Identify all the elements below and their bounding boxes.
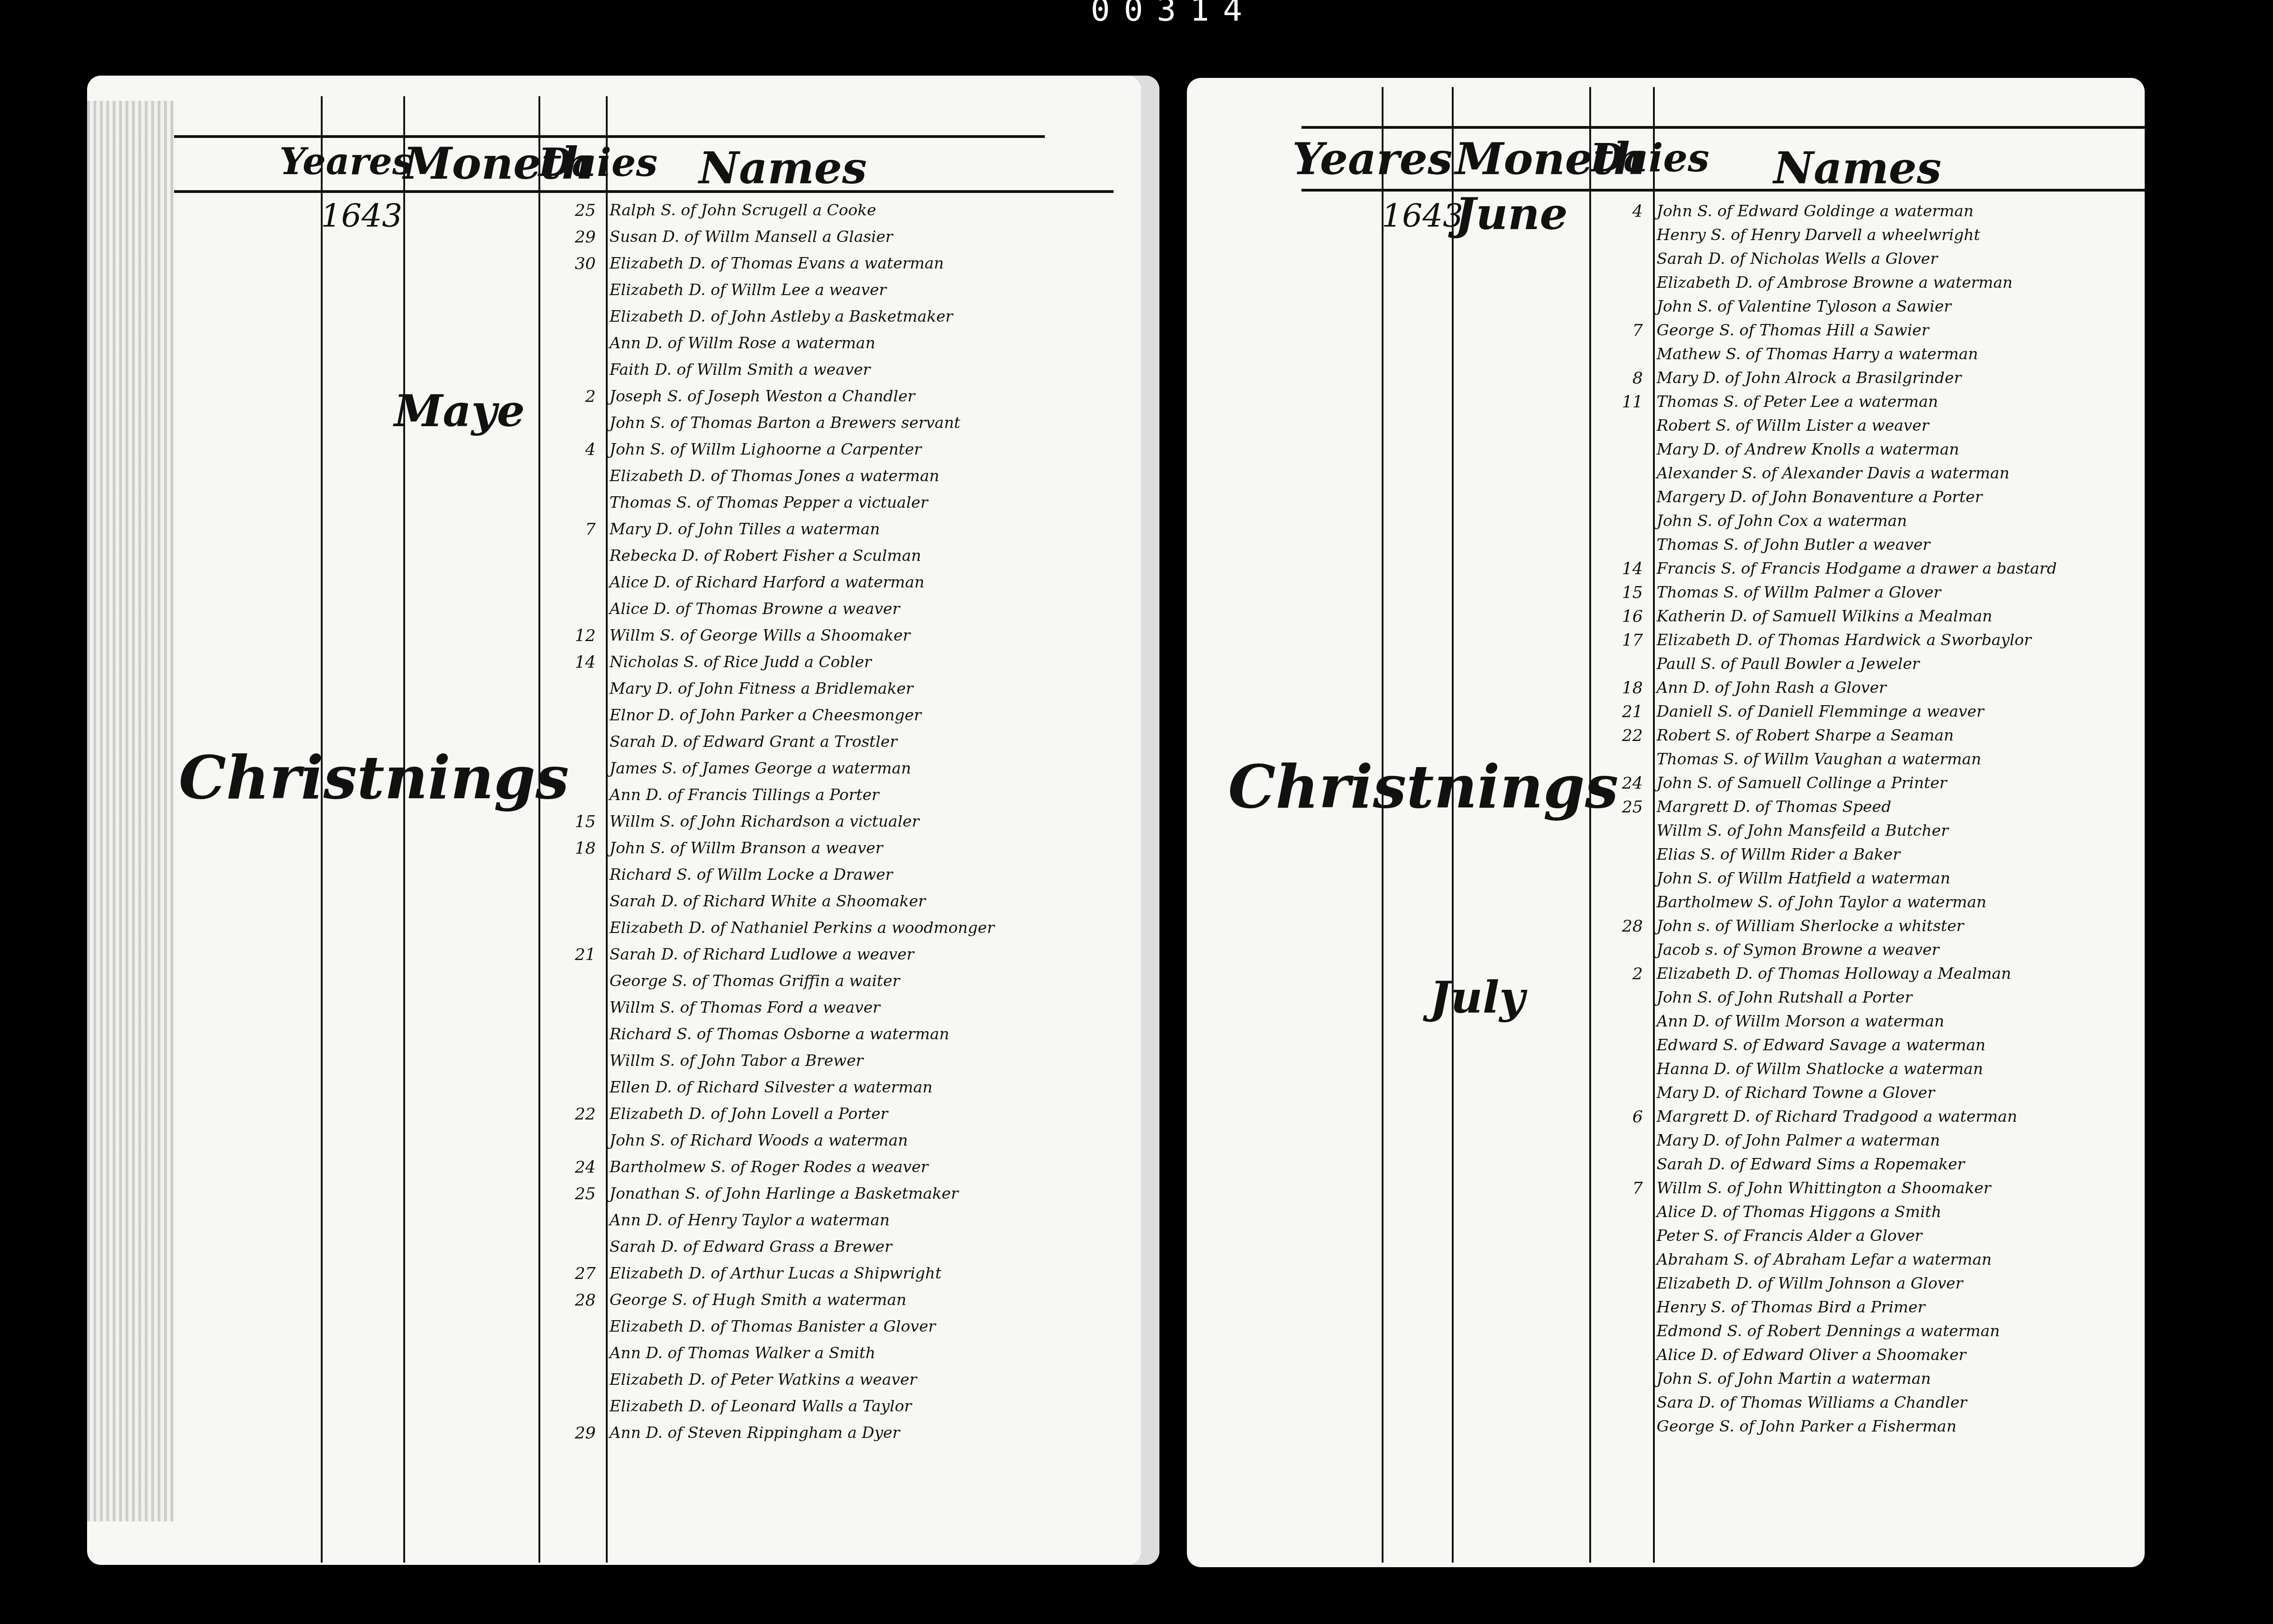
entry-name: Ann D. of Steven Rippingham a Dyer <box>609 1424 900 1442</box>
register-entry: 4John S. of Willm Lighoorne a Carpenter <box>609 436 994 463</box>
entry-day: 28 <box>555 1291 596 1310</box>
register-entry: Willm S. of John Tabor a Brewer <box>609 1048 994 1074</box>
column-rule-moneth-right <box>1452 87 1454 1563</box>
entry-name: Margery D. of John Bonaventure a Porter <box>1657 488 1982 506</box>
register-entry: Elizabeth D. of Thomas Jones a waterman <box>609 463 994 489</box>
entry-name: Elizabeth D. of Thomas Jones a waterman <box>609 467 939 485</box>
entry-name: Robert S. of Robert Sharpe a Seaman <box>1657 726 1954 745</box>
entry-name: Francis S. of Francis Hodgame a drawer a… <box>1657 560 2057 578</box>
entry-name: Mary D. of Andrew Knolls a waterman <box>1657 440 1959 459</box>
entry-name: Elias S. of Willm Rider a Baker <box>1657 845 1900 864</box>
register-entry: 14Nicholas S. of Rice Judd a Cobler <box>609 649 994 675</box>
header-years: Yeares <box>280 140 413 183</box>
entry-day: 14 <box>555 653 596 672</box>
register-entry: 27Elizabeth D. of Arthur Lucas a Shipwri… <box>609 1260 994 1287</box>
entry-name: Sarah D. of Nicholas Wells a Glover <box>1657 250 1938 268</box>
section-label-christnings-right: Christnings <box>1228 752 1619 822</box>
entry-day: 14 <box>1602 560 1643 578</box>
year-label: 1643 <box>321 197 402 235</box>
register-entry: George S. of John Parker a Fisherman <box>1657 1415 2057 1438</box>
register-entry: John S. of John Cox a waterman <box>1657 509 2057 533</box>
register-entry: Sarah D. of Edward Grant a Trostler <box>609 729 994 755</box>
entry-name: George S. of John Parker a Fisherman <box>1657 1417 1956 1436</box>
entry-name: Henry S. of Henry Darvell a wheelwright <box>1657 226 1980 244</box>
register-entry: Ann D. of Francis Tillings a Porter <box>609 782 994 808</box>
entry-name: John S. of John Rutshall a Porter <box>1657 988 1912 1007</box>
month-label-july: July <box>1430 971 1525 1023</box>
register-entry: 29Susan D. of Willm Mansell a Glasier <box>609 224 994 250</box>
entry-name: Margrett D. of Thomas Speed <box>1657 798 1891 816</box>
entry-name: Alice D. of Thomas Higgons a Smith <box>1657 1203 1941 1221</box>
entry-name: George S. of Thomas Hill a Sawier <box>1657 321 1929 340</box>
entry-day: 28 <box>1602 917 1643 936</box>
register-entry: 21Sarah D. of Richard Ludlowe a weaver <box>609 941 994 968</box>
entry-name: Henry S. of Thomas Bird a Primer <box>1657 1298 1925 1317</box>
entry-name: Willm S. of Thomas Ford a weaver <box>609 999 880 1017</box>
register-entry: Robert S. of Willm Lister a weaver <box>1657 414 2057 438</box>
register-entry: Edmond S. of Robert Dennings a waterman <box>1657 1319 2057 1343</box>
register-entry: Paull S. of Paull Bowler a Jeweler <box>1657 652 2057 676</box>
entry-name: Margrett D. of Richard Tradgood a waterm… <box>1657 1108 2017 1126</box>
entry-name: Willm S. of John Whittington a Shoomaker <box>1657 1179 1991 1197</box>
entry-name: Jonathan S. of John Harlinge a Basketmak… <box>609 1185 958 1203</box>
register-entry: John S. of Valentine Tyloson a Sawier <box>1657 295 2057 318</box>
register-entry: Sarah D. of Edward Sims a Ropemaker <box>1657 1152 2057 1176</box>
entry-name: Elizabeth D. of Leonard Walls a Taylor <box>609 1397 911 1416</box>
entry-name: Sarah D. of Edward Sims a Ropemaker <box>1657 1155 1965 1174</box>
register-entry: Thomas S. of Thomas Pepper a victualer <box>609 489 994 516</box>
entry-day: 30 <box>555 254 596 273</box>
entry-name: Mary D. of Richard Towne a Glover <box>1657 1084 1935 1102</box>
entry-day: 17 <box>1602 631 1643 650</box>
register-entry: Alice D. of Thomas Higgons a Smith <box>1657 1200 2057 1224</box>
column-rule-moneth <box>403 96 405 1563</box>
entry-name: Daniell S. of Daniell Flemminge a weaver <box>1657 702 1984 721</box>
entry-day: 21 <box>1602 702 1643 721</box>
entry-name: Elizabeth D. of Nathaniel Perkins a wood… <box>609 919 994 937</box>
entry-day: 8 <box>1602 369 1643 388</box>
register-entry: 15Willm S. of John Richardson a victuale… <box>609 808 994 835</box>
register-entry: Elizabeth D. of Thomas Banister a Glover <box>609 1313 994 1340</box>
entry-day: 6 <box>1602 1108 1643 1126</box>
register-entry: Mary D. of John Palmer a waterman <box>1657 1129 2057 1152</box>
entry-name: Joseph S. of Joseph Weston a Chandler <box>609 387 915 406</box>
entry-name: John s. of William Sherlocke a whitster <box>1657 917 1964 935</box>
register-entry: Elizabeth D. of Willm Lee a weaver <box>609 277 994 303</box>
register-entry: 25Ralph S. of John Scrugell a Cooke <box>609 197 994 224</box>
register-entry: 16Katherin D. of Samuell Wilkins a Mealm… <box>1657 604 2057 628</box>
entry-name: Elizabeth D. of Peter Watkins a weaver <box>609 1371 917 1389</box>
column-rule-daies <box>538 96 540 1563</box>
entry-day: 25 <box>555 1185 596 1203</box>
entry-name: John S. of Willm Branson a weaver <box>609 839 883 857</box>
entry-name: Willm S. of John Richardson a victualer <box>609 812 919 831</box>
entry-name: Jacob s. of Symon Browne a weaver <box>1657 941 1939 959</box>
entry-name: Alexander S. of Alexander Davis a waterm… <box>1657 464 2009 483</box>
register-entry: 28George S. of Hugh Smith a waterman <box>609 1287 994 1313</box>
entry-name: Katherin D. of Samuell Wilkins a Mealman <box>1657 607 1992 625</box>
header-bottom-rule <box>174 190 1114 193</box>
entry-name: Ellen D. of Richard Silvester a waterman <box>609 1078 933 1097</box>
register-entry: 2Elizabeth D. of Thomas Holloway a Mealm… <box>1657 962 2057 986</box>
register-entry: Sarah D. of Nicholas Wells a Glover <box>1657 247 2057 271</box>
entry-name: Paull S. of Paull Bowler a Jeweler <box>1657 655 1920 673</box>
register-entry: Jacob s. of Symon Browne a weaver <box>1657 938 2057 962</box>
register-entry: Willm S. of Thomas Ford a weaver <box>609 994 994 1021</box>
column-rule-years <box>321 96 323 1563</box>
register-entry: Henry S. of Thomas Bird a Primer <box>1657 1295 2057 1319</box>
register-entry: Alexander S. of Alexander Davis a waterm… <box>1657 461 2057 485</box>
entry-name: Sarah D. of Edward Grant a Trostler <box>609 733 897 751</box>
entry-name: Mary D. of John Tilles a waterman <box>609 520 880 538</box>
header-years-right: Yeares <box>1292 133 1452 185</box>
entry-name: Edmond S. of Robert Dennings a waterman <box>1657 1322 2000 1340</box>
entry-name: Sarah D. of Richard White a Shoomaker <box>609 892 926 911</box>
register-entry: John S. of Thomas Barton a Brewers serva… <box>609 410 994 436</box>
entry-name: Mary D. of John Alrock a Brasilgrinder <box>1657 369 1961 387</box>
entry-name: Mathew S. of Thomas Harry a waterman <box>1657 345 1978 363</box>
register-entry: John S. of John Rutshall a Porter <box>1657 986 2057 1010</box>
register-entry: Elnor D. of John Parker a Cheesmonger <box>609 702 994 729</box>
entry-name: Hanna D. of Willm Shatlocke a waterman <box>1657 1060 1983 1078</box>
entry-name: Elizabeth D. of Willm Lee a weaver <box>609 281 886 299</box>
entry-name: Edward S. of Edward Savage a waterman <box>1657 1036 1986 1054</box>
page-edge <box>87 101 174 1521</box>
entry-name: Elizabeth D. of Ambrose Browne a waterma… <box>1657 274 2013 292</box>
entry-name: Ann D. of John Rash a Glover <box>1657 679 1886 697</box>
register-entry: Elizabeth D. of Nathaniel Perkins a wood… <box>609 915 994 941</box>
entry-name: John S. of John Martin a waterman <box>1657 1370 1931 1388</box>
entry-name: Peter S. of Francis Alder a Glover <box>1657 1227 1922 1245</box>
register-entry: Faith D. of Willm Smith a weaver <box>609 357 994 383</box>
register-entry: 28John s. of William Sherlocke a whitste… <box>1657 914 2057 938</box>
entry-day: 22 <box>555 1105 596 1124</box>
right-entries-list: 4John S. of Edward Goldinge a watermanHe… <box>1657 199 2057 1438</box>
entry-name: Elizabeth D. of Arthur Lucas a Shipwrigh… <box>609 1264 941 1283</box>
entry-name: John S. of Samuell Collinge a Printer <box>1657 774 1947 792</box>
entry-name: Ann D. of Willm Morson a waterman <box>1657 1012 1944 1031</box>
register-entry: 7Mary D. of John Tilles a waterman <box>609 516 994 543</box>
entry-name: Willm S. of John Mansfeild a Butcher <box>1657 822 1949 840</box>
entry-name: Richard S. of Willm Locke a Drawer <box>609 866 893 884</box>
entry-day: 12 <box>555 626 596 645</box>
entry-day: 15 <box>555 812 596 831</box>
entry-name: Richard S. of Thomas Osborne a waterman <box>609 1025 949 1043</box>
register-entry: Willm S. of John Mansfeild a Butcher <box>1657 819 2057 843</box>
entry-name: Thomas S. of Thomas Pepper a victualer <box>609 494 928 512</box>
register-entry: Henry S. of Henry Darvell a wheelwright <box>1657 223 2057 247</box>
register-entry: 6Margrett D. of Richard Tradgood a water… <box>1657 1105 2057 1129</box>
entry-day: 24 <box>1602 774 1643 793</box>
register-entry: John S. of Willm Hatfield a waterman <box>1657 867 2057 890</box>
entry-name: John S. of Valentine Tyloson a Sawier <box>1657 297 1951 316</box>
register-entry: Elizabeth D. of Willm Johnson a Glover <box>1657 1272 2057 1295</box>
entry-day: 4 <box>555 440 596 459</box>
entry-name: Alice D. of Edward Oliver a Shoomaker <box>1657 1346 1966 1364</box>
entry-name: Elizabeth D. of John Lovell a Porter <box>609 1105 888 1123</box>
register-entry: 11Thomas S. of Peter Lee a waterman <box>1657 390 2057 414</box>
entry-name: Elizabeth D. of Thomas Holloway a Mealma… <box>1657 965 2011 983</box>
entry-name: Mary D. of John Palmer a waterman <box>1657 1131 1940 1150</box>
entry-name: George S. of Hugh Smith a waterman <box>609 1291 906 1309</box>
entry-name: Mary D. of John Fitness a Bridlemaker <box>609 680 913 698</box>
entry-day: 27 <box>555 1264 596 1283</box>
entry-name: Ralph S. of John Scrugell a Cooke <box>609 201 876 219</box>
header-daies: Daies <box>538 140 658 185</box>
entry-name: Thomas S. of John Butler a weaver <box>1657 536 1930 554</box>
register-entry: 25Jonathan S. of John Harlinge a Basketm… <box>609 1180 994 1207</box>
register-entry: 22Elizabeth D. of John Lovell a Porter <box>609 1101 994 1127</box>
register-entry: 18John S. of Willm Branson a weaver <box>609 835 994 861</box>
register-entry: Sara D. of Thomas Williams a Chandler <box>1657 1391 2057 1415</box>
register-entry: 14Francis S. of Francis Hodgame a drawer… <box>1657 557 2057 581</box>
entry-name: Willm S. of John Tabor a Brewer <box>609 1052 863 1070</box>
register-entry: Thomas S. of Willm Vaughan a waterman <box>1657 747 2057 771</box>
register-entry: Mathew S. of Thomas Harry a waterman <box>1657 342 2057 366</box>
frame-number: 00314 <box>1091 0 1256 28</box>
entry-name: Susan D. of Willm Mansell a Glasier <box>609 228 893 246</box>
entry-name: Abraham S. of Abraham Lefar a waterman <box>1657 1251 1992 1269</box>
entry-name: Willm S. of George Wills a Shoomaker <box>609 626 910 645</box>
register-entry: Elizabeth D. of Ambrose Browne a waterma… <box>1657 271 2057 295</box>
entry-name: John S. of Edward Goldinge a waterman <box>1657 202 1974 220</box>
register-entry: 18Ann D. of John Rash a Glover <box>1657 676 2057 700</box>
entry-name: Alice D. of Richard Harford a waterman <box>609 573 924 592</box>
entry-day: 24 <box>555 1158 596 1177</box>
register-entry: 29Ann D. of Steven Rippingham a Dyer <box>609 1420 994 1446</box>
register-entry: 24Bartholmew S. of Roger Rodes a weaver <box>609 1154 994 1180</box>
entry-day: 11 <box>1602 393 1643 411</box>
register-entry: 21Daniell S. of Daniell Flemminge a weav… <box>1657 700 2057 724</box>
entry-name: Elizabeth D. of John Astleby a Basketmak… <box>609 307 953 326</box>
register-entry: Alice D. of Richard Harford a waterman <box>609 569 994 596</box>
entry-name: Nicholas S. of Rice Judd a Cobler <box>609 653 872 671</box>
entry-name: Faith D. of Willm Smith a weaver <box>609 361 870 379</box>
register-entry: Elias S. of Willm Rider a Baker <box>1657 843 2057 867</box>
header-names: Names <box>699 142 867 194</box>
entry-day: 2 <box>1602 965 1643 983</box>
entry-day: 18 <box>1602 679 1643 697</box>
entry-name: Elizabeth D. of Thomas Evans a waterman <box>609 254 944 273</box>
entry-name: John S. of Willm Lighoorne a Carpenter <box>609 440 922 459</box>
entry-name: Thomas S. of Willm Vaughan a waterman <box>1657 750 1982 768</box>
register-entry: Richard S. of Willm Locke a Drawer <box>609 861 994 888</box>
entry-name: Elizabeth D. of Thomas Hardwick a Sworba… <box>1657 631 2031 649</box>
register-entry: Alice D. of Edward Oliver a Shoomaker <box>1657 1343 2057 1367</box>
register-entry: 7Willm S. of John Whittington a Shoomake… <box>1657 1176 2057 1200</box>
month-label-june: June <box>1455 188 1568 240</box>
entry-name: James S. of James George a waterman <box>609 759 911 778</box>
register-entry: John S. of Richard Woods a waterman <box>609 1127 994 1154</box>
entry-name: John S. of Thomas Barton a Brewers serva… <box>609 414 960 432</box>
register-entry: 2Joseph S. of Joseph Weston a Chandler <box>609 383 994 410</box>
entry-name: Ann D. of Thomas Walker a Smith <box>609 1344 875 1362</box>
entry-name: Elizabeth D. of Willm Johnson a Glover <box>1657 1274 1963 1293</box>
register-entry: Sarah D. of Edward Grass a Brewer <box>609 1234 994 1260</box>
entry-name: Ann D. of Francis Tillings a Porter <box>609 786 879 804</box>
register-entry: Abraham S. of Abraham Lefar a waterman <box>1657 1248 2057 1272</box>
register-entry: 12Willm S. of George Wills a Shoomaker <box>609 622 994 649</box>
register-entry: Bartholmew S. of John Taylor a waterman <box>1657 890 2057 914</box>
register-entry: Peter S. of Francis Alder a Glover <box>1657 1224 2057 1248</box>
entry-name: Ann D. of Henry Taylor a waterman <box>609 1211 889 1229</box>
register-entry: John S. of John Martin a waterman <box>1657 1367 2057 1391</box>
column-rule-names-right <box>1653 87 1655 1563</box>
entry-day: 7 <box>555 520 596 539</box>
register-entry: Ann D. of Henry Taylor a waterman <box>609 1207 994 1234</box>
column-rule-names <box>606 96 608 1563</box>
entry-name: Alice D. of Thomas Browne a weaver <box>609 600 900 618</box>
register-entry: James S. of James George a waterman <box>609 755 994 782</box>
register-entry: 8Mary D. of John Alrock a Brasilgrinder <box>1657 366 2057 390</box>
entry-day: 16 <box>1602 607 1643 626</box>
register-entry: Ann D. of Willm Rose a waterman <box>609 330 994 357</box>
header-top-rule-right <box>1301 126 2145 129</box>
left-entries-list: 25Ralph S. of John Scrugell a Cooke29Sus… <box>609 197 994 1446</box>
entry-day: 29 <box>555 228 596 247</box>
entry-name: Sarah D. of Edward Grass a Brewer <box>609 1238 892 1256</box>
register-entry: Margery D. of John Bonaventure a Porter <box>1657 485 2057 509</box>
register-entry: 17Elizabeth D. of Thomas Hardwick a Swor… <box>1657 628 2057 652</box>
entry-day: 18 <box>555 839 596 858</box>
entry-name: Bartholmew S. of Roger Rodes a weaver <box>609 1158 928 1176</box>
entry-name: John S. of Richard Woods a waterman <box>609 1131 908 1150</box>
register-entry: George S. of Thomas Griffin a waiter <box>609 968 994 994</box>
register-entry: Richard S. of Thomas Osborne a waterman <box>609 1021 994 1048</box>
entry-day: 25 <box>555 201 596 220</box>
entry-name: Rebecka D. of Robert Fisher a Sculman <box>609 547 921 565</box>
register-entry: Mary D. of Andrew Knolls a waterman <box>1657 438 2057 461</box>
register-entry: Rebecka D. of Robert Fisher a Sculman <box>609 543 994 569</box>
entry-day: 7 <box>1602 1179 1643 1198</box>
entry-name: Thomas S. of Peter Lee a waterman <box>1657 393 1938 411</box>
register-entry: Ann D. of Willm Morson a waterman <box>1657 1010 2057 1033</box>
entry-name: Elnor D. of John Parker a Cheesmonger <box>609 706 921 724</box>
register-entry: 4John S. of Edward Goldinge a waterman <box>1657 199 2057 223</box>
entry-day: 15 <box>1602 583 1643 602</box>
register-entry: Elizabeth D. of Leonard Walls a Taylor <box>609 1393 994 1420</box>
entry-day: 22 <box>1602 726 1643 745</box>
register-entry: Mary D. of Richard Towne a Glover <box>1657 1081 2057 1105</box>
register-entry: Ann D. of Thomas Walker a Smith <box>609 1340 994 1366</box>
entry-day: 2 <box>555 387 596 406</box>
register-entry: Thomas S. of John Butler a weaver <box>1657 533 2057 557</box>
entry-name: John S. of John Cox a waterman <box>1657 512 1907 530</box>
column-rule-daies-right <box>1589 87 1591 1563</box>
register-entry: Mary D. of John Fitness a Bridlemaker <box>609 675 994 702</box>
register-entry: 25Margrett D. of Thomas Speed <box>1657 795 2057 819</box>
register-entry: Elizabeth D. of John Astleby a Basketmak… <box>609 303 994 330</box>
entry-name: John S. of Willm Hatfield a waterman <box>1657 869 1950 888</box>
register-entry: 24John S. of Samuell Collinge a Printer <box>1657 771 2057 795</box>
register-entry: 7George S. of Thomas Hill a Sawier <box>1657 318 2057 342</box>
section-label-christnings: Christnings <box>179 742 569 812</box>
year-label-right: 1643 <box>1382 197 1463 235</box>
entry-name: Elizabeth D. of Thomas Banister a Glover <box>609 1317 936 1336</box>
header-daies-right: Daies <box>1590 135 1709 181</box>
register-entry: Edward S. of Edward Savage a waterman <box>1657 1033 2057 1057</box>
entry-name: George S. of Thomas Griffin a waiter <box>609 972 900 990</box>
register-entry: Alice D. of Thomas Browne a weaver <box>609 596 994 622</box>
register-entry: Sarah D. of Richard White a Shoomaker <box>609 888 994 915</box>
header-top-rule <box>174 135 1045 138</box>
header-bottom-rule-right <box>1301 189 2145 192</box>
register-entry: 30Elizabeth D. of Thomas Evans a waterma… <box>609 250 994 277</box>
entry-name: Thomas S. of Willm Palmer a Glover <box>1657 583 1941 602</box>
entry-day: 4 <box>1602 202 1643 221</box>
entry-name: Sarah D. of Richard Ludlowe a weaver <box>609 945 914 964</box>
entry-name: Ann D. of Willm Rose a waterman <box>609 334 875 352</box>
register-entry: 15Thomas S. of Willm Palmer a Glover <box>1657 581 2057 604</box>
column-rule-years-right <box>1382 87 1384 1563</box>
entry-name: Robert S. of Willm Lister a weaver <box>1657 417 1929 435</box>
entry-day: 7 <box>1602 321 1643 340</box>
register-entry: 22Robert S. of Robert Sharpe a Seaman <box>1657 724 2057 747</box>
entry-day: 25 <box>1602 798 1643 817</box>
entry-name: Bartholmew S. of John Taylor a waterman <box>1657 893 1987 911</box>
entry-day: 29 <box>555 1424 596 1443</box>
header-names-right: Names <box>1773 142 1942 194</box>
register-entry: Elizabeth D. of Peter Watkins a weaver <box>609 1366 994 1393</box>
register-entry: Ellen D. of Richard Silvester a waterman <box>609 1074 994 1101</box>
entry-day: 21 <box>555 945 596 964</box>
register-entry: Hanna D. of Willm Shatlocke a waterman <box>1657 1057 2057 1081</box>
entry-name: Sara D. of Thomas Williams a Chandler <box>1657 1394 1967 1412</box>
month-label-maye: Maye <box>394 385 525 437</box>
